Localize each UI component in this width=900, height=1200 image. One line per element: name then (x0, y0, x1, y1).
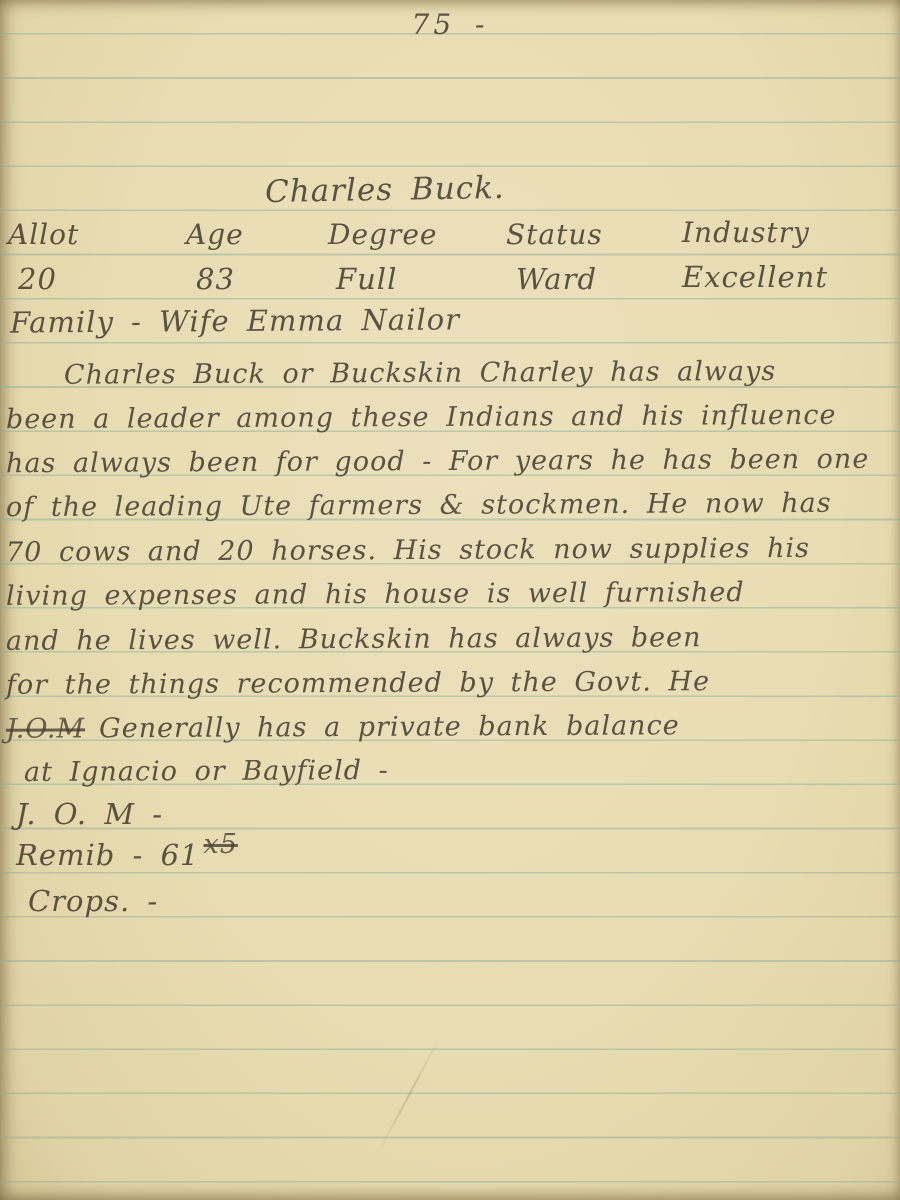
paragraph-line: 70 cows and 20 horses. His stock now sup… (6, 533, 810, 568)
value-allot: 20 (18, 262, 57, 296)
header-industry: Industry (682, 216, 810, 249)
header-status: Status (506, 218, 603, 251)
struck-out-word: J.O.M (6, 713, 85, 744)
value-age: 83 (196, 262, 235, 296)
paragraph-line-with-strikeout: J.O.MGenerally has a private bank balanc… (6, 710, 680, 745)
paragraph-line: been a leader among these Indians and hi… (6, 400, 837, 435)
header-allot: Allot (8, 218, 79, 251)
value-industry: Excellent (682, 260, 828, 294)
page-title: Charles Buck. (265, 170, 505, 210)
note-remib-text: Remib - 61 (16, 838, 199, 872)
paragraph-line: Charles Buck or Buckskin Charley has alw… (6, 356, 776, 391)
paragraph-line: living expenses and his house is well fu… (6, 577, 745, 612)
note-remib: Remib - 61x5 (16, 838, 252, 872)
header-age: Age (186, 218, 244, 251)
value-degree: Full (336, 262, 397, 296)
note-jom: J. O. M - (16, 797, 163, 831)
paragraph-line: of the leading Ute farmers & stockmen. H… (6, 488, 832, 523)
paragraph-line: for the things recommended by the Govt. … (6, 666, 710, 701)
note-remib-superscript: x5 (203, 829, 237, 860)
paragraph-line: at Ignacio or Bayfield - (24, 755, 389, 788)
family-line: Family - Wife Emma Nailor (10, 302, 460, 339)
value-status: Ward (516, 262, 597, 296)
note-crops: Crops. - (28, 884, 158, 918)
header-degree: Degree (328, 218, 437, 251)
page-number: 75 - (0, 8, 900, 41)
paper-crease (378, 1037, 441, 1153)
handwritten-document-page: 75 - Charles Buck. Allot Age Degree Stat… (0, 0, 900, 1200)
paragraph-line: has always been for good - For years he … (6, 444, 869, 480)
ruled-lines (0, 33, 900, 1200)
paragraph-line-text: Generally has a private bank balance (99, 710, 680, 744)
paragraph-line: and he lives well. Buckskin has always b… (6, 622, 702, 657)
